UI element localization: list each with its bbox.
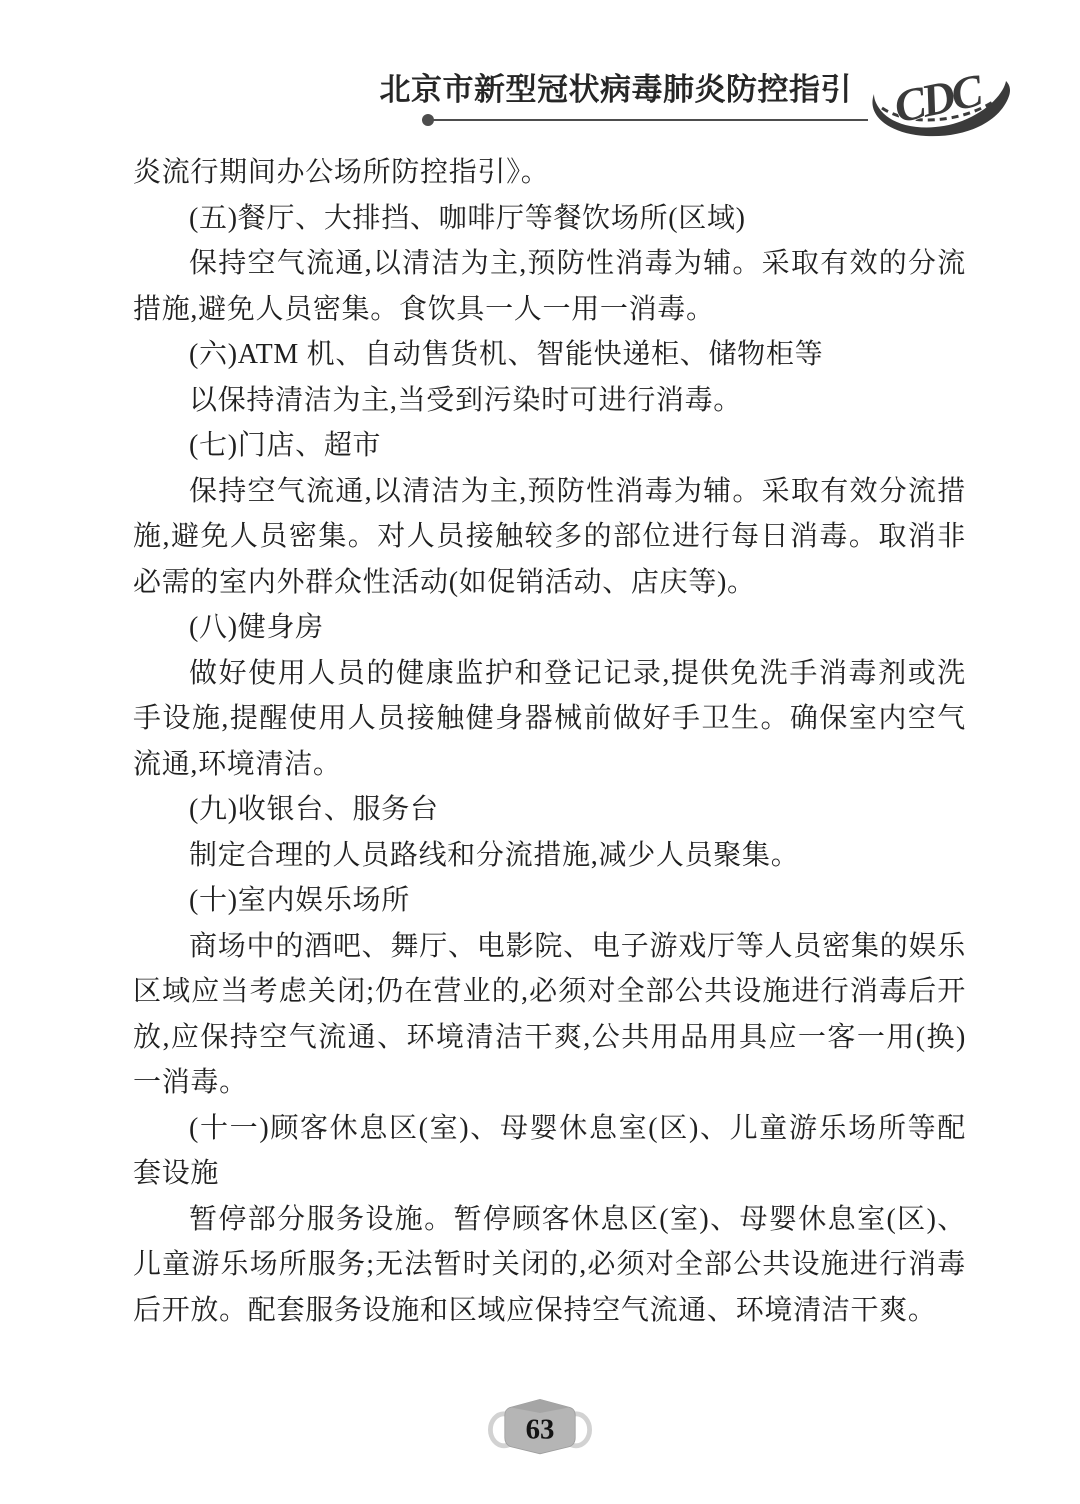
section-heading-9: (九)收银台、服务台 [133,787,966,833]
page-footer: 63 [0,1393,1080,1465]
face-mask-page-badge: 63 [470,1393,610,1465]
paragraph: 暂停部分服务设施。暂停顾客休息区(室)、母婴休息室(区)、儿童游乐场所服务;无法… [133,1197,966,1334]
section-heading-6: (六)ATM 机、自动售货机、智能快递柜、储物柜等 [133,332,966,378]
section-heading-7: (七)门店、超市 [133,423,966,469]
document-body: 炎流行期间办公场所防控指引》。 (五)餐厅、大排挡、咖啡厅等餐饮场所(区域) 保… [133,150,966,1333]
section-heading-8: (八)健身房 [133,605,966,651]
cdc-logo-icon: CDC [864,58,1014,142]
page-number: 63 [526,1414,555,1446]
paragraph: 制定合理的人员路线和分流措施,减少人员聚集。 [133,833,966,879]
paragraph: 保持空气流通,以清洁为主,预防性消毒为辅。采取有效的分流措施,避免人员密集。食饮… [133,241,966,332]
document-page: 北京市新型冠状病毒肺炎防控指引 CDC 炎流行期间办公场所防控指引》。 (五)餐… [0,0,1080,1504]
paragraph: 以保持清洁为主,当受到污染时可进行消毒。 [133,378,966,424]
paragraph: 保持空气流通,以清洁为主,预防性消毒为辅。采取有效分流措施,避免人员密集。对人员… [133,469,966,606]
section-heading-5: (五)餐厅、大排挡、咖啡厅等餐饮场所(区域) [133,196,966,242]
divider-dot [422,114,434,126]
header-divider [425,119,868,121]
section-heading-11: (十一)顾客休息区(室)、母婴休息室(区)、儿童游乐场所等配套设施 [133,1106,966,1197]
paragraph: 商场中的酒吧、舞厅、电影院、电子游戏厅等人员密集的娱乐区域应当考虑关闭;仍在营业… [133,924,966,1106]
paragraph: 做好使用人员的健康监护和登记记录,提供免洗手消毒剂或洗手设施,提醒使用人员接触健… [133,651,966,788]
page-header: 北京市新型冠状病毒肺炎防控指引 CDC [0,0,1080,152]
paragraph-continuation: 炎流行期间办公场所防控指引》。 [133,150,966,196]
page-title: 北京市新型冠状病毒肺炎防控指引 [380,74,853,105]
section-heading-10: (十)室内娱乐场所 [133,878,966,924]
